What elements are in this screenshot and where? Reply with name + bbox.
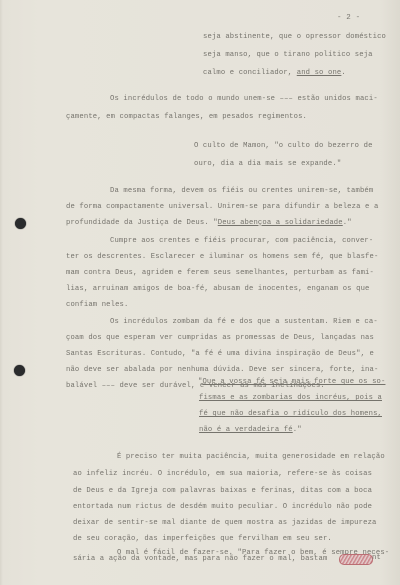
text-line: seja manso, que o tirano político seja bbox=[203, 51, 373, 60]
text-line: confiam neles. bbox=[66, 301, 129, 310]
punch-hole bbox=[15, 218, 26, 229]
underlined-text: fismas e as zombarias dos incréus, pois … bbox=[199, 394, 382, 402]
text-line: de forma compactamente universal. Unirem… bbox=[66, 203, 378, 212]
text-line: Os incrédulos zombam da fé e dos que a s… bbox=[110, 318, 378, 327]
text-line: de seu coração, das imperfeições que fer… bbox=[73, 535, 332, 544]
quote-line: fismas e as zombarias dos incréus, pois … bbox=[199, 394, 382, 403]
underlined-text: Que a vossa fé seja mais forte que os so… bbox=[202, 378, 385, 386]
text-line: Cumpre aos crentes e fiéis procurar, com… bbox=[110, 237, 373, 246]
quote-line: ouro, dia a dia mais se expande." bbox=[194, 160, 341, 169]
text-line: lias, arruinam amigos de boa-fé, abusam … bbox=[66, 285, 370, 294]
text-fragment: nt bbox=[372, 554, 381, 562]
text-line: ao infeliz incréu. O incrédulo, em sua m… bbox=[73, 470, 372, 479]
text-line: çamente, em compactas falanges, em pesad… bbox=[66, 113, 307, 122]
quote-line: "Que a vossa fé seja mais forte que os s… bbox=[198, 378, 385, 387]
text-line: seja abstinente, que o opressor doméstic… bbox=[203, 33, 386, 42]
text-line: Santas Escrituras. Contudo, "a fé é uma … bbox=[66, 350, 374, 359]
text-line: profundidade da Justiça de Deus. "Deus a… bbox=[66, 219, 352, 228]
text-line: É preciso ter muita paciência, muita gen… bbox=[117, 453, 385, 462]
quote-line: não é a verdadeira fé." bbox=[199, 426, 302, 435]
text-line: çoam dos que esperam ver cumpridas as pr… bbox=[66, 334, 374, 343]
underlined-text: and so one bbox=[297, 69, 342, 77]
underlined-text: Deus abençoa a solidariedade bbox=[218, 219, 343, 227]
page-number: - 2 - bbox=[337, 14, 360, 22]
underlined-text: fé que não desafia o ridículo dos homens… bbox=[199, 410, 382, 418]
text-line: deixar de sentir-se mal diante de quem m… bbox=[73, 519, 377, 528]
text-line: de Deus e da Igreja com palavras baixas … bbox=[73, 487, 372, 496]
text-line: não deve ser abalada por nenhuma dúvida.… bbox=[66, 366, 378, 375]
underlined-text: não é a verdadeira fé bbox=[199, 426, 293, 434]
typewritten-page: - 2 - seja abstinente, que o opressor do… bbox=[0, 0, 400, 585]
text-line: sária a ação da vontade, mas para não fa… bbox=[73, 555, 332, 564]
text-line: Os incrédulos de todo o mundo unem-se ––… bbox=[110, 95, 378, 104]
quote-line: O culto de Mamon, "o culto do bezerro de bbox=[194, 142, 373, 151]
text-line: ter os descrentes. Esclarecer e iluminar… bbox=[66, 253, 378, 262]
text-line: entortada num rictus de desdém muito pec… bbox=[73, 503, 372, 512]
text-line: calmo e conciliador, and so one. bbox=[203, 69, 346, 78]
text-line: mam contra Deus, agridem e ferem seus se… bbox=[66, 269, 374, 278]
text-line: Da mesma forma, devem os fiéis ou crente… bbox=[110, 187, 373, 196]
red-ink-scribble bbox=[339, 554, 373, 565]
quote-line: fé que não desafia o ridículo dos homens… bbox=[199, 410, 382, 419]
punch-hole bbox=[14, 365, 25, 376]
